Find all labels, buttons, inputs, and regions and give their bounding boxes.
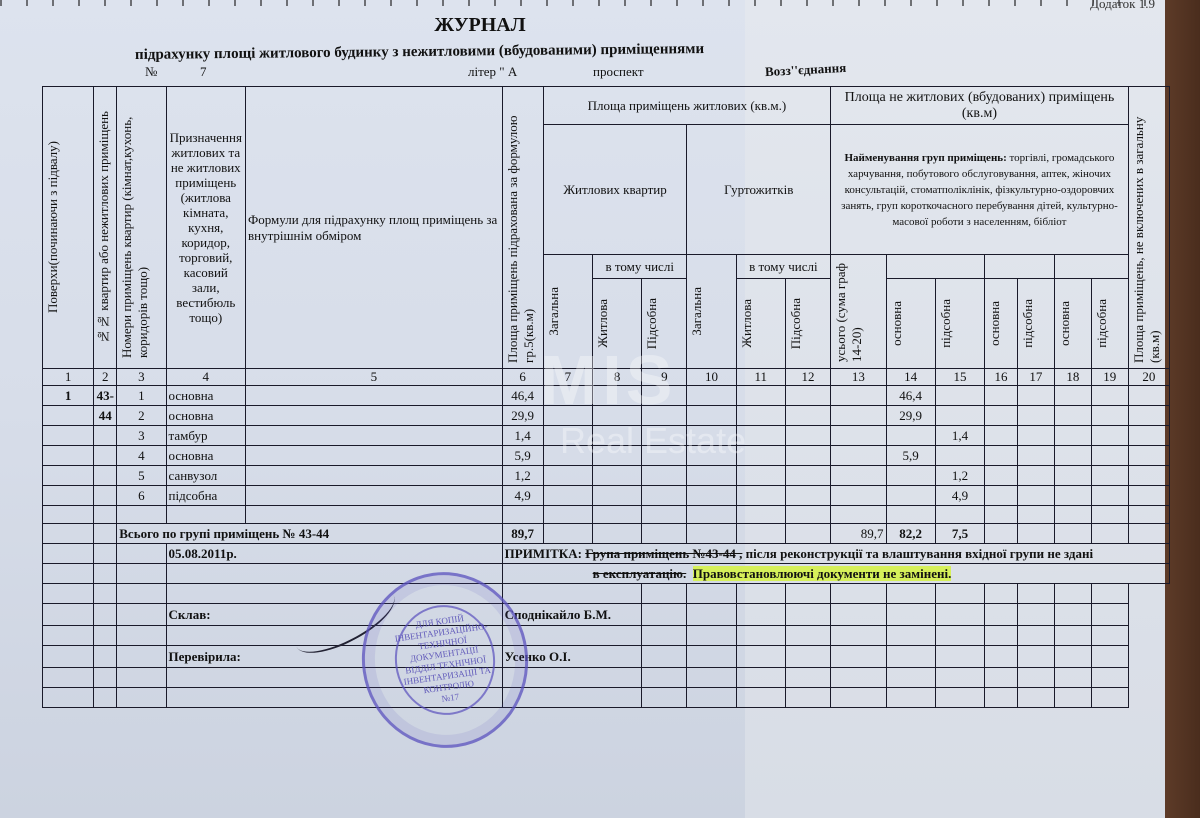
dorm-living-header: Житлова bbox=[739, 299, 755, 348]
dorm-total-header: Загальна bbox=[689, 287, 705, 336]
addendum-label: Додаток 1.9 bbox=[1090, 0, 1155, 12]
cell-room: 4 bbox=[117, 446, 166, 466]
cell-unit: 44 bbox=[94, 406, 117, 426]
col-floor-header: Поверхи(починаючи з підвалу) bbox=[45, 141, 61, 313]
cell-c15 bbox=[935, 406, 984, 426]
cell-floor bbox=[43, 406, 94, 426]
apt-total-header: Загальна bbox=[546, 287, 562, 336]
cell-c15: 1,4 bbox=[935, 426, 984, 446]
cell-floor bbox=[43, 426, 94, 446]
apartments-header: Житлових квартир bbox=[543, 125, 687, 255]
watermark-logo: MIS bbox=[540, 340, 676, 420]
table-row: 6підсобна4,94,9 bbox=[43, 486, 1170, 506]
journal-date: 05.08.2011р. bbox=[166, 544, 502, 564]
col-num: 11 bbox=[736, 369, 785, 386]
col-excluded-header: Площа приміщень, не включених в загальну… bbox=[1131, 93, 1163, 363]
col-purpose-header: Призначення житлових та не житлових прим… bbox=[166, 87, 245, 369]
cell-floor bbox=[43, 466, 94, 486]
totals-col15: 7,5 bbox=[935, 524, 984, 544]
col-formula-header: Формули для підрахунку площ приміщень за… bbox=[245, 87, 502, 369]
note-struck-1: Група приміщень №43-44 , bbox=[585, 546, 742, 561]
col17-header: підсобна bbox=[1020, 299, 1036, 348]
number-label: № bbox=[145, 64, 157, 80]
totals-col13: 89,7 bbox=[831, 524, 886, 544]
col-num: 3 bbox=[117, 369, 166, 386]
note-label: ПРИМІТКА: bbox=[505, 546, 582, 561]
col-num: 13 bbox=[831, 369, 886, 386]
residential-group-header: Площа приміщень житлових (кв.м.) bbox=[543, 87, 830, 125]
cell-unit bbox=[94, 466, 117, 486]
totals-area: 89,7 bbox=[502, 524, 543, 544]
cell-room: 1 bbox=[117, 386, 166, 406]
apt-incl-header: в тому числі bbox=[592, 255, 686, 279]
cell-floor bbox=[43, 486, 94, 506]
cell-room: 6 bbox=[117, 486, 166, 506]
col-num: 2 bbox=[94, 369, 117, 386]
cell-area: 5,9 bbox=[502, 446, 543, 466]
col13-header: усього (сума граф 14-20) bbox=[833, 262, 865, 362]
watermark-text: Real Estate bbox=[560, 420, 746, 462]
cell-floor bbox=[43, 446, 94, 466]
col-area-header: Площа приміщень підрахована за формулою … bbox=[505, 93, 537, 363]
cell-purpose: підсобна bbox=[166, 486, 245, 506]
col18-header: основна bbox=[1057, 301, 1073, 346]
street-type: проспект bbox=[593, 64, 644, 80]
col-num: 12 bbox=[785, 369, 830, 386]
col-num: 16 bbox=[985, 369, 1018, 386]
col-num: 1 bbox=[43, 369, 94, 386]
cell-c14: 5,9 bbox=[886, 446, 935, 466]
top-ruler bbox=[0, 0, 1165, 6]
cell-unit bbox=[94, 446, 117, 466]
col-room-header: Номери приміщень квартир (кімнат,кухонь,… bbox=[119, 98, 151, 358]
cell-c14: 46,4 bbox=[886, 386, 935, 406]
cell-area: 29,9 bbox=[502, 406, 543, 426]
cell-area: 4,9 bbox=[502, 486, 543, 506]
cell-c14 bbox=[886, 466, 935, 486]
col-num: 18 bbox=[1054, 369, 1091, 386]
number-value: 7 bbox=[200, 64, 207, 80]
col-unit-header: №№ квартир або нежитлових приміщень bbox=[96, 111, 112, 344]
cell-room: 2 bbox=[117, 406, 166, 426]
stamp-inner-ring: ДЛЯ КОПІЙІНВЕНТАРИЗАЦІЙНО-ТЕХНІЧНОЇ ДОКУ… bbox=[388, 599, 502, 722]
cell-c15 bbox=[935, 446, 984, 466]
col-num: 17 bbox=[1017, 369, 1054, 386]
col-num: 10 bbox=[687, 369, 736, 386]
col16-header: основна bbox=[987, 301, 1003, 346]
stamp-line: №17 bbox=[441, 691, 460, 704]
cell-c15: 1,2 bbox=[935, 466, 984, 486]
totals-label: Всього по групі приміщень № 43-44 bbox=[117, 524, 502, 544]
col-num: 5 bbox=[245, 369, 502, 386]
cell-unit bbox=[94, 486, 117, 506]
cell-c14 bbox=[886, 486, 935, 506]
cell-purpose: основна bbox=[166, 386, 245, 406]
table-row: 5санвузол1,21,2 bbox=[43, 466, 1170, 486]
col-num: 15 bbox=[935, 369, 984, 386]
col15-header: підсобна bbox=[938, 299, 954, 348]
cell-c14: 29,9 bbox=[886, 406, 935, 426]
cell-floor: 1 bbox=[43, 386, 94, 406]
cell-unit bbox=[94, 426, 117, 446]
cell-room: 3 bbox=[117, 426, 166, 446]
note-text: після реконструкції та влаштування вхідн… bbox=[746, 546, 1093, 561]
cell-purpose: санвузол bbox=[166, 466, 245, 486]
document-title: ЖУРНАЛ bbox=[0, 14, 960, 37]
cell-area: 46,4 bbox=[502, 386, 543, 406]
cell-purpose: тамбур bbox=[166, 426, 245, 446]
col-num: 19 bbox=[1091, 369, 1128, 386]
cell-c15: 4,9 bbox=[935, 486, 984, 506]
cell-c14 bbox=[886, 426, 935, 446]
nonres-names-label: Найменування груп приміщень: bbox=[844, 152, 1006, 164]
compiled-by-name: Споднікайло Б.М. bbox=[502, 604, 642, 626]
col-num: 20 bbox=[1128, 369, 1169, 386]
dorm-incl-header: в тому числі bbox=[736, 255, 830, 279]
dorm-aux-header: Підсобна bbox=[788, 298, 804, 349]
nonres-group-header: Площа не житлових (вбудованих) приміщень… bbox=[831, 87, 1129, 125]
totals-col14: 82,2 bbox=[886, 524, 935, 544]
cell-c15 bbox=[935, 386, 984, 406]
cell-purpose: основна bbox=[166, 406, 245, 426]
note-line-2: в експлуатацію. Правовстановлюючі докуме… bbox=[502, 564, 1169, 584]
col19-header: підсобна bbox=[1094, 299, 1110, 348]
cell-area: 1,2 bbox=[502, 466, 543, 486]
col-num: 6 bbox=[502, 369, 543, 386]
cell-unit: 43- bbox=[94, 386, 117, 406]
col-num: 4 bbox=[166, 369, 245, 386]
note-struck-2: в експлуатацію. bbox=[593, 566, 687, 581]
liter-label: літер " А bbox=[468, 64, 517, 80]
note-highlight: Правовстановлюючі документи не замінені. bbox=[693, 566, 952, 581]
note-line-1: ПРИМІТКА: Група приміщень №43-44 , після… bbox=[502, 544, 1169, 564]
cell-purpose: основна bbox=[166, 446, 245, 466]
col14-header: основна bbox=[889, 301, 905, 346]
dormitories-header: Гуртожитків bbox=[687, 125, 831, 255]
cell-area: 1,4 bbox=[502, 426, 543, 446]
totals-row: Всього по групі приміщень № 43-44 89,7 8… bbox=[43, 524, 1170, 544]
cell-room: 5 bbox=[117, 466, 166, 486]
col-num: 14 bbox=[886, 369, 935, 386]
